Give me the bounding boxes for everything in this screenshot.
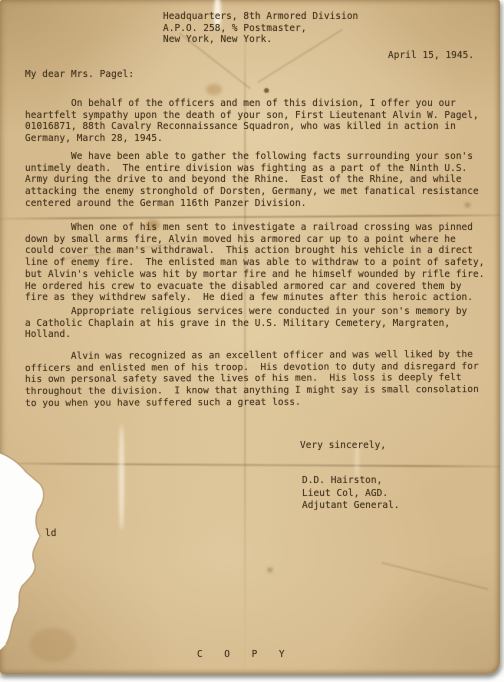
torn-edge-left	[0, 428, 60, 668]
copy-stamp: C O P Y	[197, 649, 293, 661]
crease-highlight	[119, 425, 124, 530]
date-line: April 15, 1945.	[388, 50, 474, 62]
stain	[268, 568, 272, 572]
signature-name: D.D. Hairston,	[302, 475, 400, 488]
letterhead: Headquarters, 8th Armored DivisionA.P.O.…	[163, 11, 358, 46]
signature-rank: Lieut Col, AGD.	[302, 488, 400, 501]
paragraph-2: We have been able to gather the followin…	[25, 151, 479, 210]
crease-line	[381, 562, 488, 590]
paragraph-3: When one of his men sent to investigate …	[25, 222, 485, 304]
paragraph-5: Alvin was recognized as an excellent off…	[25, 349, 479, 409]
closing: Very sincerely,	[300, 440, 386, 452]
letterhead-line-1: Headquarters, 8th Armored Division	[163, 11, 358, 23]
signature-title: Adjutant General.	[302, 500, 400, 513]
salutation: My dear Mrs. Pagel:	[25, 69, 134, 81]
scanned-letter: Headquarters, 8th Armored DivisionA.P.O.…	[0, 0, 504, 682]
letterhead-line-2: A.P.O. 258, % Postmaster,	[163, 23, 358, 35]
fold-crease-horizontal-top	[0, 214, 500, 219]
letter-paper: Headquarters, 8th Armored DivisionA.P.O.…	[0, 0, 500, 674]
signature-block: D.D. Hairston,Lieut Col, AGD.Adjutant Ge…	[302, 475, 400, 513]
paragraph-4: Appropriate religious services were cond…	[25, 306, 467, 341]
stain	[206, 84, 222, 95]
stain	[264, 88, 269, 93]
fold-crease-horizontal-bottom	[0, 462, 500, 467]
paragraph-1: On behalf of the officers and men of thi…	[25, 98, 479, 145]
letterhead-line-3: New York, New York.	[163, 34, 358, 46]
